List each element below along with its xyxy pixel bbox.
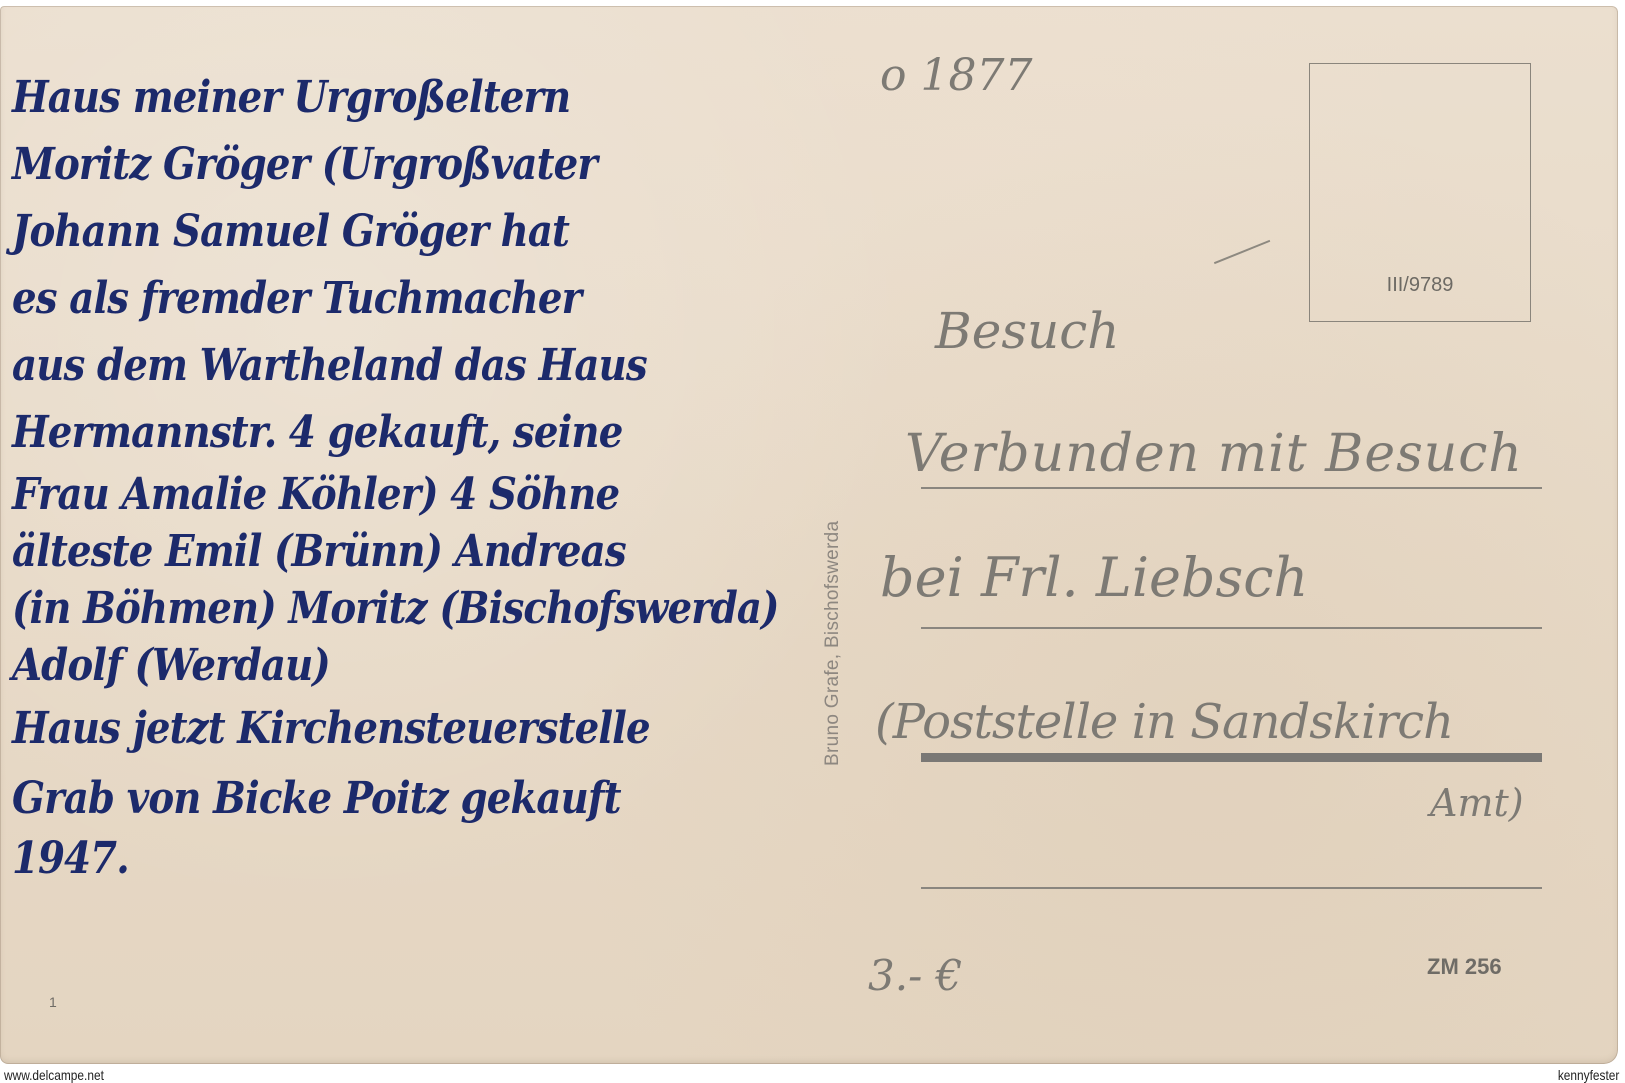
pencil-stroke-mark (1214, 240, 1270, 264)
message-line: aus dem Wartheland das Haus (12, 332, 742, 399)
footer-watermark-seller: kennyfester (1557, 1067, 1619, 1083)
handwritten-message: Haus meiner Urgroßeltern Moritz Gröger (… (12, 64, 842, 884)
footer-watermark-site: www.delcampe.net (4, 1067, 104, 1083)
message-line: 1947. (12, 834, 742, 884)
message-line: Haus meiner Urgroßeltern (12, 64, 742, 131)
publisher-imprint: Bruno Grafe, Bischofswerda (822, 521, 844, 766)
stamp-box-code: III/9789 (1310, 274, 1530, 297)
message-line: Hermannstr. 4 gekauft, seine (12, 399, 742, 466)
pencil-address-line-2: bei Frl. Liebsch (880, 546, 1308, 609)
pencil-address-line-4: Amt) (1430, 781, 1524, 825)
message-line: Johann Samuel Gröger hat (12, 198, 742, 265)
message-line: es als fremder Tuchmacher (12, 265, 742, 332)
message-line: Grab von Bicke Poitz gekauft (12, 764, 742, 834)
message-line: älteste Emil (Brünn) Andreas (12, 523, 742, 580)
card-number: ZM 256 (1427, 954, 1502, 980)
pencil-subject: Besuch (935, 302, 1119, 360)
pencil-price: 3.- € (868, 951, 962, 1000)
address-line-divider (921, 887, 1542, 889)
page-mark: 1 (49, 994, 57, 1010)
message-line: (in Böhmen) Moritz (Bischofswerda) (12, 580, 742, 637)
message-line: Adolf (Werdau) (12, 637, 742, 694)
pencil-address-line-3: (Poststelle in Sandskirch (875, 694, 1453, 750)
stamp-box: III/9789 (1309, 63, 1531, 322)
message-line: Moritz Gröger (Urgroßvater (12, 131, 742, 198)
message-line: Haus jetzt Kirchensteuerstelle (12, 694, 742, 764)
inventory-number: o 1877 (880, 50, 1032, 101)
address-line-divider-bold (921, 753, 1542, 762)
message-line: Frau Amalie Köhler) 4 Söhne (12, 466, 742, 523)
postcard-back: Haus meiner Urgroßeltern Moritz Gröger (… (0, 6, 1618, 1064)
pencil-address-line-1: Verbunden mit Besuch (905, 424, 1523, 484)
address-line-divider (921, 487, 1542, 489)
address-line-divider (921, 627, 1542, 629)
